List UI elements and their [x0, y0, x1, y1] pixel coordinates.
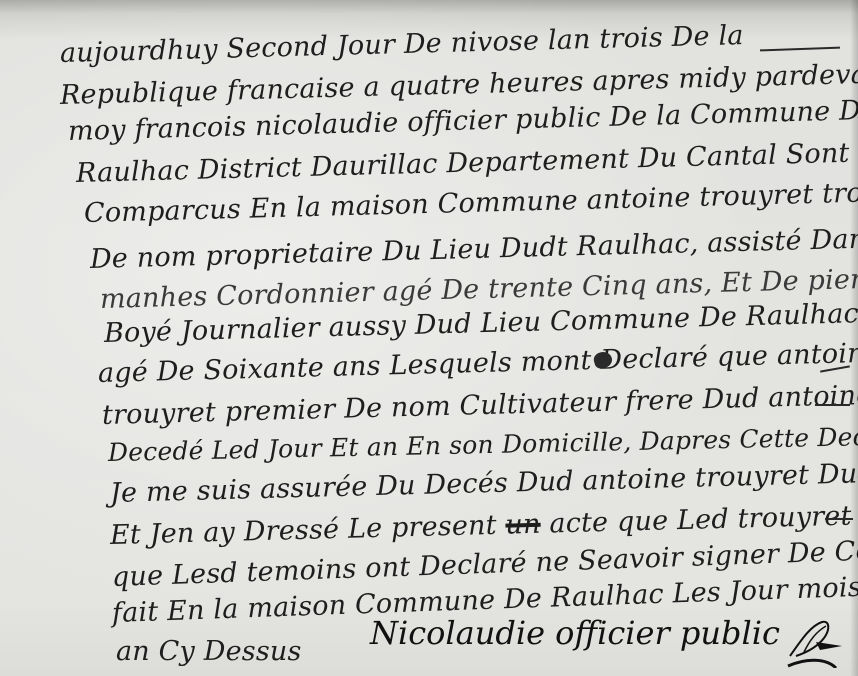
text-line-13a: Et Jen ay Dressé Le present [110, 510, 497, 551]
officer-signature: Nicolaudie officier public [370, 614, 780, 652]
register-page: aujourdhuy Second Jour De nivose lan tro… [0, 0, 858, 676]
text-line-16: an Cy Dessus [116, 636, 302, 667]
text-line-10: trouyret premier De nom Cultivateur frer… [102, 378, 858, 431]
signature-flourish-icon [786, 612, 842, 668]
text-line-1: aujourdhuy Second Jour De nivose lan tro… [60, 20, 744, 69]
text-line-13b: acte que Led trouyret non plus [549, 497, 858, 539]
line-end-dash [815, 404, 850, 406]
line-end-dash [825, 518, 853, 520]
struck-word: un [505, 509, 541, 541]
line-end-dash [760, 47, 840, 52]
